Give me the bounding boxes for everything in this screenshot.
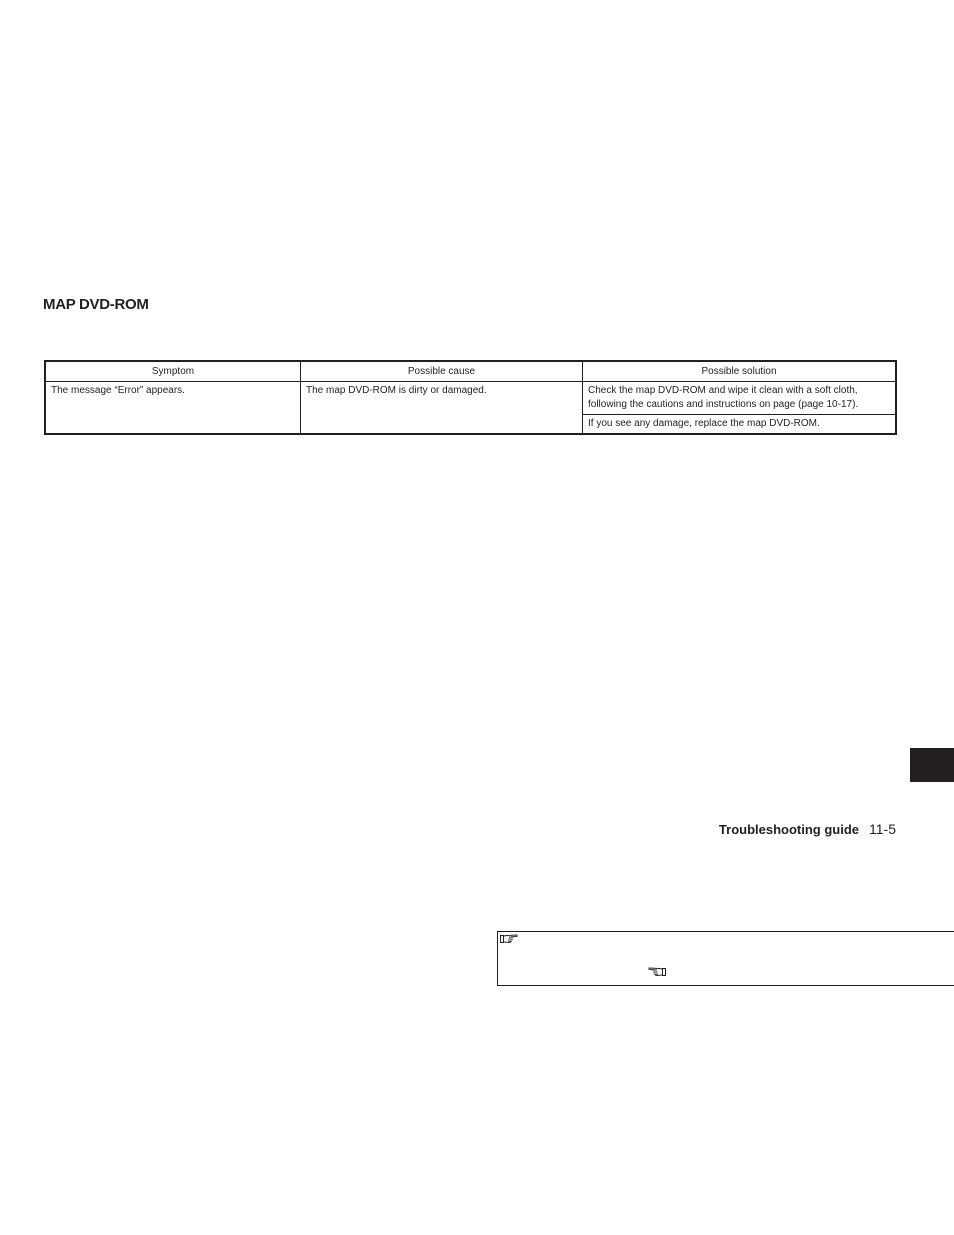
troubleshooting-table: Symptom Possible cause Possible solution… bbox=[44, 360, 897, 435]
chapter-tab bbox=[910, 748, 954, 782]
section-title: MAP DVD-ROM bbox=[43, 296, 149, 313]
table-row: The message “Error” appears. The map DVD… bbox=[45, 382, 896, 415]
hand-pointing-right-icon bbox=[500, 933, 518, 945]
header-possible-solution: Possible solution bbox=[583, 361, 897, 382]
table-header-row: Symptom Possible cause Possible solution bbox=[45, 361, 896, 382]
hand-pointing-left-icon bbox=[648, 966, 666, 978]
reference-box bbox=[497, 931, 954, 986]
cell-solution: Check the map DVD-ROM and wipe it clean … bbox=[583, 382, 897, 415]
page-number: 11-5 bbox=[869, 821, 896, 837]
cell-cause: The map DVD-ROM is dirty or damaged. bbox=[301, 382, 583, 435]
header-possible-cause: Possible cause bbox=[301, 361, 583, 382]
page-footer: Troubleshooting guide11-5 bbox=[719, 821, 896, 837]
cell-solution: If you see any damage, replace the map D… bbox=[583, 415, 897, 435]
footer-section-name: Troubleshooting guide bbox=[719, 822, 859, 837]
header-symptom: Symptom bbox=[45, 361, 301, 382]
cell-symptom: The message “Error” appears. bbox=[45, 382, 301, 435]
